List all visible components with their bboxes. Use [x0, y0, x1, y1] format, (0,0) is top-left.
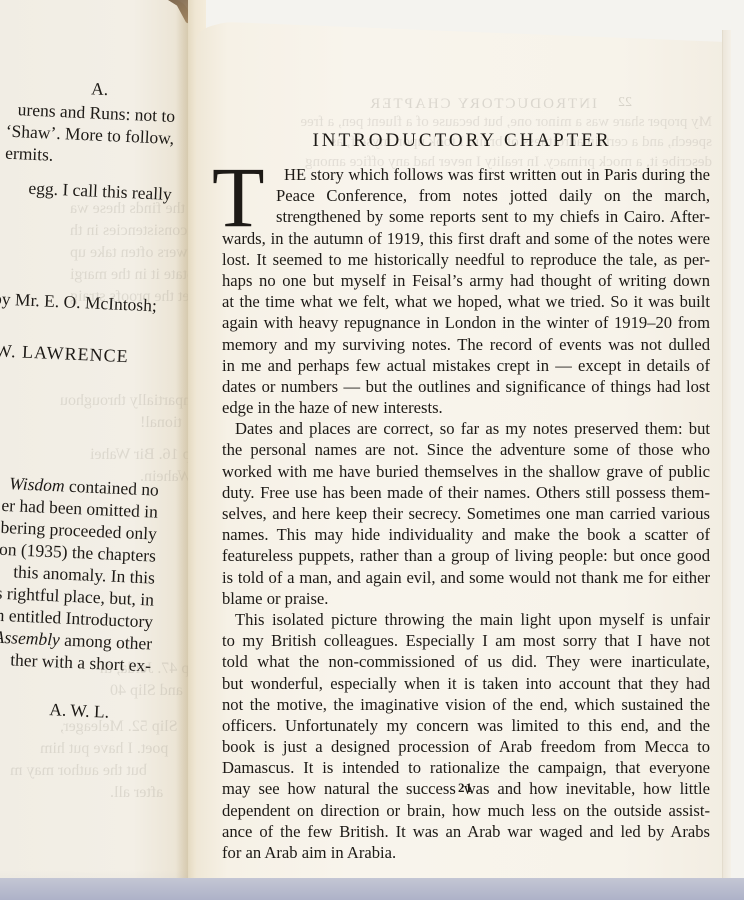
left-page: A. urens and Runs: not to ‘Shaw’. More t…	[0, 0, 190, 900]
text-line: ance of the few British. It was an Arab …	[222, 821, 710, 842]
text-line: HE story which follows was first written…	[222, 164, 710, 185]
left-line: ermits.	[5, 142, 54, 167]
drop-cap: T	[212, 162, 265, 232]
text-line: duty. Free use has been made of their na…	[222, 482, 710, 503]
page-stack-edge	[722, 30, 731, 882]
paragraph: This isolated picture throwing the main …	[222, 609, 710, 863]
text-line: Damascus. It is intended to rationalize …	[222, 757, 710, 778]
text-line: wards, in the autumn of 1919, this first…	[222, 228, 710, 249]
show-through-text: poet. I have put him	[40, 740, 168, 758]
text-line: dependent on direction or brain, how muc…	[222, 800, 710, 821]
text-line: haps no one but myself in Feisal’s army …	[222, 270, 710, 291]
text-line: but wonderful, especially when it is tak…	[222, 673, 710, 694]
left-page-text: A. urens and Runs: not to ‘Shaw’. More t…	[0, 0, 180, 9]
table-surface	[0, 878, 744, 900]
text-line: the personal names are not. Since the ad…	[222, 439, 710, 460]
page-number: 21	[458, 780, 473, 796]
show-through-text: Slip 16. Bir Wahei	[90, 446, 190, 464]
left-line: A.	[91, 77, 109, 100]
left-line-italic: Wisdom	[9, 473, 65, 495]
text-line: in me and perhaps few actual mistakes cr…	[222, 355, 710, 376]
text-line: blame or praise.	[222, 588, 710, 609]
text-line: lost. It seemed to me historically needf…	[222, 249, 710, 270]
text-line: is told of a man, and again evil, and so…	[222, 567, 710, 588]
text-line: Dates and places are correct, so far as …	[222, 418, 710, 439]
text-line: dates or numbers — but the outlines and …	[222, 376, 710, 397]
text-line: told what the non-commissioned of us did…	[222, 651, 710, 672]
photo-scene: A. urens and Runs: not to ‘Shaw’. More t…	[0, 0, 744, 900]
text-line: featureless puppets, rather than a group…	[222, 545, 710, 566]
show-through-text: but the author may m	[10, 762, 147, 780]
text-line: selves, and here keep their secrecy. Som…	[222, 503, 710, 524]
left-line-italic: Assembly	[0, 627, 60, 650]
paragraph: HE story which follows was first written…	[222, 164, 710, 418]
show-through-text: of inconsistencies in th	[70, 222, 190, 240]
text-line: to my British colleagues. Especially I a…	[222, 630, 710, 651]
text-line: at the time what we felt, what we hoped,…	[222, 291, 710, 312]
show-through-text: reviewers often take up	[70, 244, 190, 262]
left-heading: W. LAWRENCE	[0, 339, 129, 367]
show-through-text: and Slip 40	[110, 682, 183, 700]
text-line: This isolated picture throwing the main …	[222, 609, 710, 630]
show-through-text: can get the proofs straig	[70, 288, 190, 306]
text-line: officers. Unfortunately my concern was l…	[222, 715, 710, 736]
paragraph: Dates and places are correct, so far as …	[222, 418, 710, 609]
text-line: book is just a designed procession of Ar…	[222, 736, 710, 757]
text-line: again with heavy repugnance in London in…	[222, 312, 710, 333]
text-line: not the motive, the imaginative vision o…	[222, 694, 710, 715]
text-line: names. This may hide individuality and m…	[222, 524, 710, 545]
show-through-text: impartially throughou	[60, 392, 190, 410]
text-line: for an Arab aim in Arabia.	[222, 842, 710, 863]
show-through-text: Slip 52. Meleager,	[60, 718, 178, 736]
text-line: Peace Conference, from notes jotted dail…	[222, 185, 710, 206]
show-through-text: after all.	[110, 784, 163, 802]
show-through-header: INTRODUCTORY CHAPTER	[337, 96, 597, 113]
show-through-text: My proper share was a minor one, but bec…	[222, 114, 712, 131]
chapter-body: T HE story which follows was first writt…	[222, 164, 710, 863]
show-through-page-number: 22	[618, 95, 632, 111]
text-line: memory and my surviving notes. The recor…	[222, 334, 710, 355]
chapter-title: INTRODUCTORY CHAPTER	[312, 130, 612, 152]
show-through-text: annotate it in the margi	[70, 266, 190, 284]
text-line: strengthened by some reports sent to my …	[222, 206, 710, 227]
text-line: worked with me have buried themselves in…	[222, 461, 710, 482]
show-through-text: the finds these wa	[70, 200, 185, 218]
text-line: edge in the haze of new interests.	[222, 397, 710, 418]
